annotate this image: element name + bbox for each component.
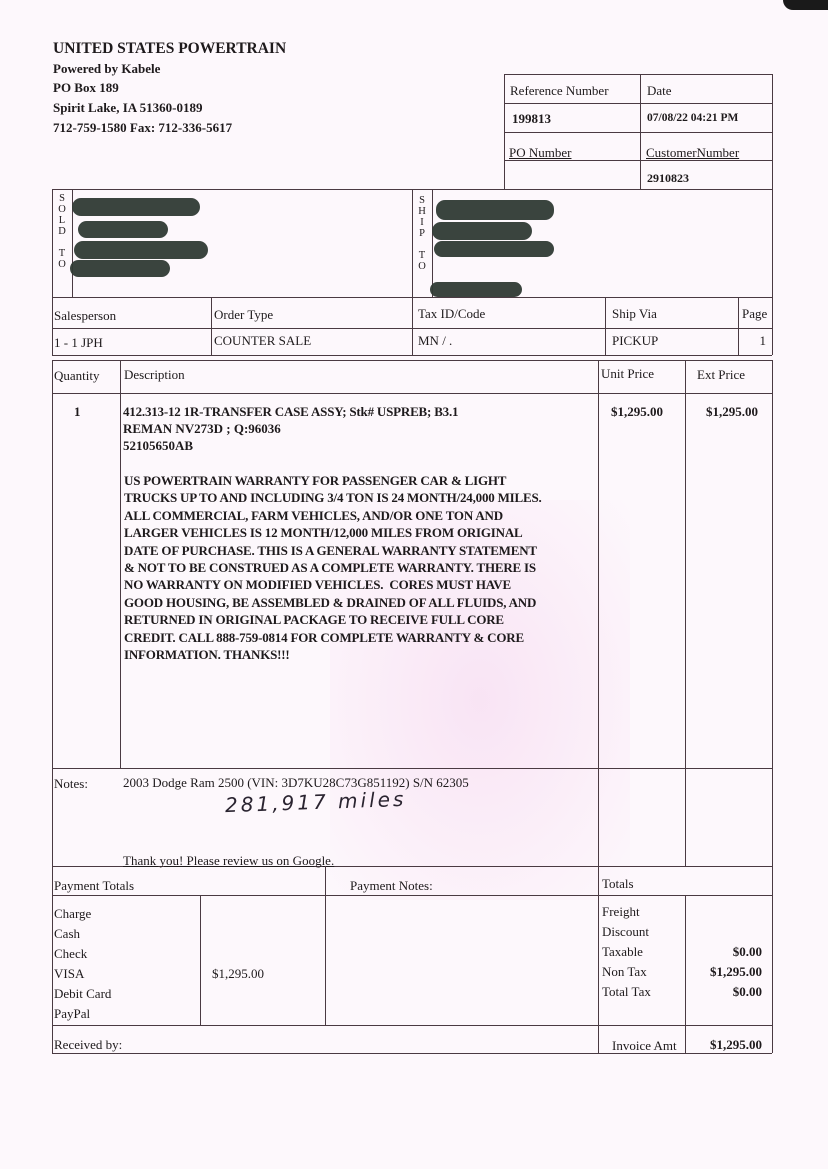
order-type-label: Order Type bbox=[214, 307, 273, 322]
totals-label: Totals bbox=[602, 876, 634, 891]
freight-label: Freight bbox=[602, 904, 640, 919]
customer-number-label: CustomerNumber bbox=[646, 145, 739, 160]
date-label: Date bbox=[647, 83, 672, 98]
company-address-line2: Spirit Lake, IA 51360-0189 bbox=[53, 100, 203, 115]
ext-price-header: Ext Price bbox=[697, 367, 745, 382]
non-tax-label: Non Tax bbox=[602, 964, 647, 979]
company-name: UNITED STATES POWERTRAIN bbox=[53, 40, 286, 57]
scan-artifact bbox=[783, 0, 828, 10]
notes-vehicle: 2003 Dodge Ram 2500 (VIN: 3D7KU28C73G851… bbox=[123, 775, 469, 790]
salesperson-label: Salesperson bbox=[54, 308, 116, 323]
payment-totals-label: Payment Totals bbox=[54, 878, 134, 893]
tax-id-label: Tax ID/Code bbox=[418, 306, 485, 321]
ship-via-value: PICKUP bbox=[612, 333, 658, 348]
visa-amount: $1,295.00 bbox=[212, 966, 264, 981]
salesperson-value: 1 - 1 JPH bbox=[54, 335, 103, 350]
company-tagline: Powered by Kabele bbox=[53, 61, 160, 76]
taxable-label: Taxable bbox=[602, 944, 643, 959]
po-number-label: PO Number bbox=[509, 145, 571, 160]
payment-notes-label: Payment Notes: bbox=[350, 878, 433, 893]
row-unit-price: $1,295.00 bbox=[611, 404, 663, 419]
thank-you-message: Thank you! Please review us on Google. bbox=[123, 853, 334, 868]
payment-method-visa: VISA bbox=[54, 966, 84, 981]
sold-to-label: SOLDTO bbox=[57, 193, 67, 270]
non-tax-value: $1,295.00 bbox=[686, 964, 762, 979]
company-address-line1: PO Box 189 bbox=[53, 80, 119, 95]
ship-to-label: SHIPTO bbox=[417, 195, 427, 272]
payment-method-charge: Charge bbox=[54, 906, 91, 921]
total-tax-label: Total Tax bbox=[602, 984, 651, 999]
reference-number-label: Reference Number bbox=[510, 83, 609, 98]
tax-id-value: MN / . bbox=[418, 333, 452, 348]
reference-number-value: 199813 bbox=[512, 111, 551, 126]
quantity-header: Quantity bbox=[54, 368, 100, 383]
row-quantity: 1 bbox=[74, 404, 81, 419]
unit-price-header: Unit Price bbox=[601, 366, 654, 381]
company-phone-fax: 712-759-1580 Fax: 712-336-5617 bbox=[53, 120, 232, 135]
row-description-line2: REMAN NV273D ; Q:96036 bbox=[123, 421, 281, 436]
customer-number-value: 2910823 bbox=[647, 171, 689, 186]
discount-label: Discount bbox=[602, 924, 649, 939]
taxable-value: $0.00 bbox=[686, 944, 762, 959]
payment-method-check: Check bbox=[54, 946, 87, 961]
date-value: 07/08/22 04:21 PM bbox=[647, 111, 738, 126]
invoice-amount-label: Invoice Amt bbox=[612, 1038, 677, 1053]
warranty-statement: US POWERTRAIN WARRANTY FOR PASSENGER CAR… bbox=[124, 472, 542, 663]
row-description-line1: 412.313-12 1R-TRANSFER CASE ASSY; Stk# U… bbox=[123, 404, 458, 419]
total-tax-value: $0.00 bbox=[686, 984, 762, 999]
payment-method-debit-card: Debit Card bbox=[54, 986, 111, 1001]
page-label: Page bbox=[742, 306, 767, 321]
order-type-value: COUNTER SALE bbox=[214, 333, 311, 348]
payment-method-cash: Cash bbox=[54, 926, 80, 941]
row-description-line3: 52105650AB bbox=[123, 438, 193, 453]
ship-via-label: Ship Via bbox=[612, 306, 657, 321]
page-value: 1 bbox=[742, 333, 766, 348]
description-header: Description bbox=[124, 367, 185, 382]
invoice-amount-value: $1,295.00 bbox=[686, 1037, 762, 1052]
notes-label: Notes: bbox=[54, 776, 88, 791]
payment-method-paypal: PayPal bbox=[54, 1006, 90, 1021]
handwritten-mileage: 281,917 miles bbox=[225, 787, 407, 817]
received-by-label: Received by: bbox=[54, 1037, 122, 1052]
row-ext-price: $1,295.00 bbox=[706, 404, 758, 419]
